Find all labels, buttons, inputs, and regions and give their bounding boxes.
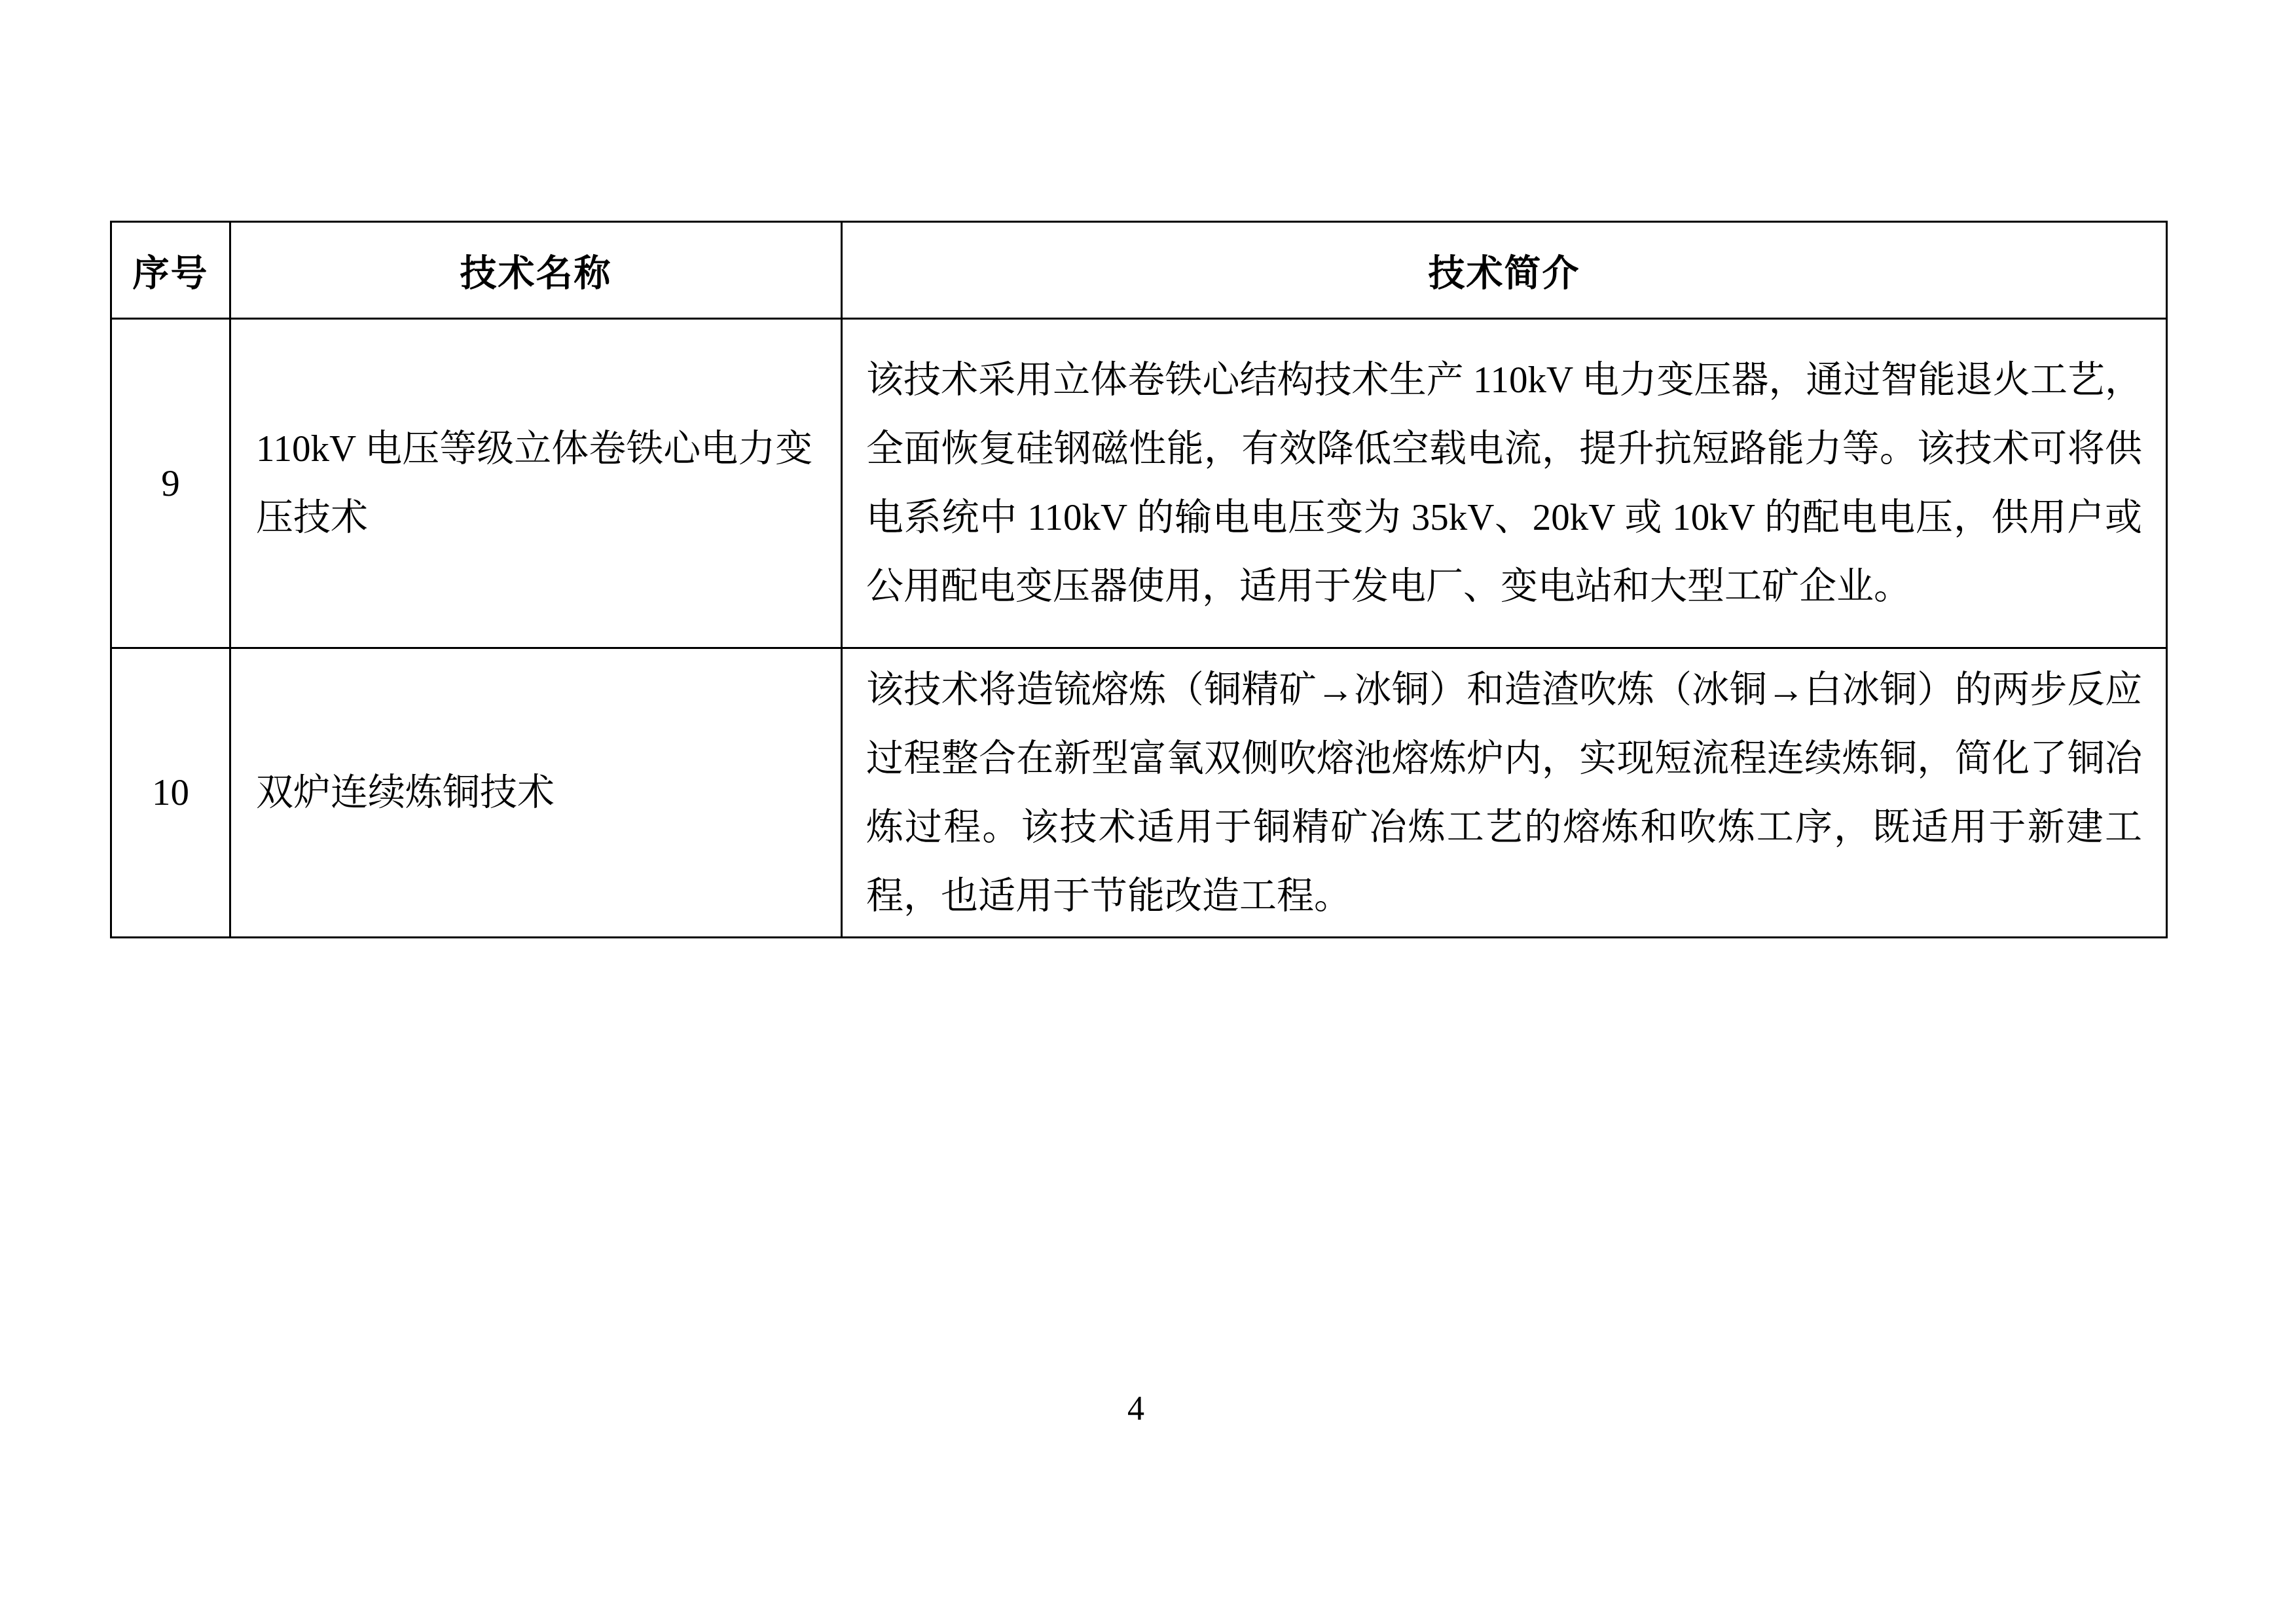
cell-index: 9 <box>111 319 230 648</box>
table-header-row: 序号 技术名称 技术简介 <box>111 222 2167 319</box>
column-header-tech-name: 技术名称 <box>230 222 842 319</box>
cell-tech-name: 110kV 电压等级立体卷铁心电力变压技术 <box>230 319 842 648</box>
table-row: 9 110kV 电压等级立体卷铁心电力变压技术 该技术采用立体卷铁心结构技术生产… <box>111 319 2167 648</box>
document-page: 序号 技术名称 技术简介 9 110kV 电压等级立体卷铁心电力变压技术 该技术… <box>0 0 2296 1624</box>
cell-tech-summary: 该技术将造锍熔炼（铜精矿→冰铜）和造渣吹炼（冰铜→白冰铜）的两步反应过程整合在新… <box>842 648 2167 938</box>
cell-tech-summary: 该技术采用立体卷铁心结构技术生产 110kV 电力变压器，通过智能退火工艺，全面… <box>842 319 2167 648</box>
column-header-tech-summary: 技术简介 <box>842 222 2167 319</box>
column-header-index: 序号 <box>111 222 230 319</box>
table-row: 10 双炉连续炼铜技术 该技术将造锍熔炼（铜精矿→冰铜）和造渣吹炼（冰铜→白冰铜… <box>111 648 2167 938</box>
cell-tech-name: 双炉连续炼铜技术 <box>230 648 842 938</box>
page-number: 4 <box>0 1390 2272 1428</box>
cell-index: 10 <box>111 648 230 938</box>
technology-table: 序号 技术名称 技术简介 9 110kV 电压等级立体卷铁心电力变压技术 该技术… <box>110 221 2168 938</box>
